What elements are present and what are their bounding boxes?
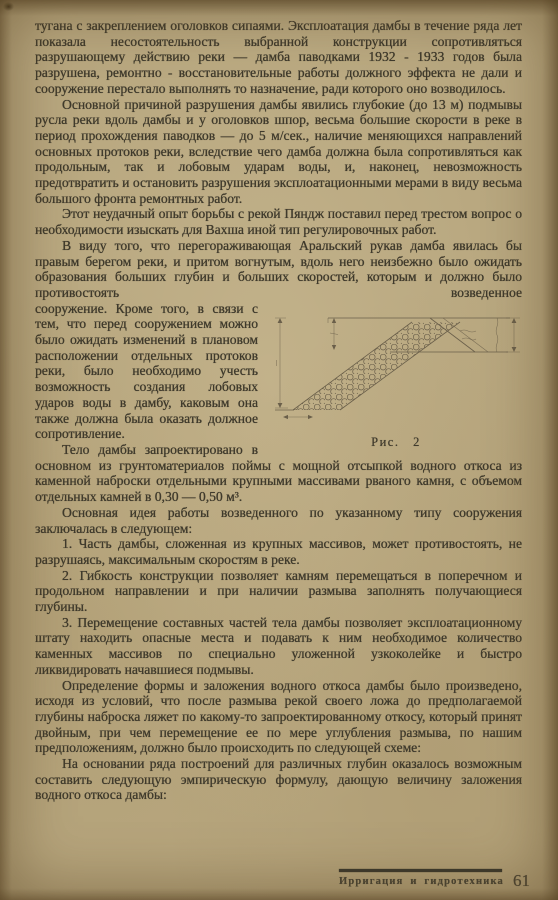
figure-caption: Рис. 2 bbox=[270, 435, 522, 451]
paragraph-1: тугана с закреплением оголовков сипаями.… bbox=[35, 18, 522, 97]
paragraph-8: 1. Часть дамбы, сложенная из крупных мас… bbox=[35, 536, 522, 567]
paragraph-7: Основная идея работы возведенного по ука… bbox=[35, 505, 522, 536]
dam-slope-sketch-icon bbox=[270, 304, 522, 428]
paragraph-12: На основании ряда построений для различн… bbox=[35, 756, 522, 803]
figure-2: Рис. 2 bbox=[270, 304, 522, 451]
paragraph-10: 3. Перемещение составных частей тела дам… bbox=[35, 615, 522, 678]
paragraph-4: В виду того, что перегораживающая Аральс… bbox=[35, 238, 522, 301]
footer-rule bbox=[339, 869, 502, 872]
journal-signature: Ирригация и гидротехника bbox=[339, 869, 504, 887]
paragraph-6: Тело дамбы запроектировано в основном из… bbox=[35, 442, 522, 505]
scanned-document-page: тугана с закреплением оголовков сипаями.… bbox=[0, 0, 558, 900]
paragraph-11: Определение формы и заложения водного от… bbox=[35, 678, 522, 757]
ink-blot bbox=[3, 2, 14, 11]
paragraph-2: Основной причиной разрушения дамбы явили… bbox=[35, 97, 522, 207]
page-footer: Ирригация и гидротехника 61 bbox=[339, 869, 530, 889]
page-number: 61 bbox=[513, 872, 530, 889]
text-block: тугана с закреплением оголовков сипаями.… bbox=[35, 18, 522, 803]
paragraph-9: 2. Гибкость конструкции позволяет камням… bbox=[35, 568, 522, 615]
journal-name: Ирригация и гидротехника bbox=[339, 876, 504, 887]
paragraph-3: Этот неудачный опыт борьбы с рекой Пяндж… bbox=[35, 206, 522, 237]
